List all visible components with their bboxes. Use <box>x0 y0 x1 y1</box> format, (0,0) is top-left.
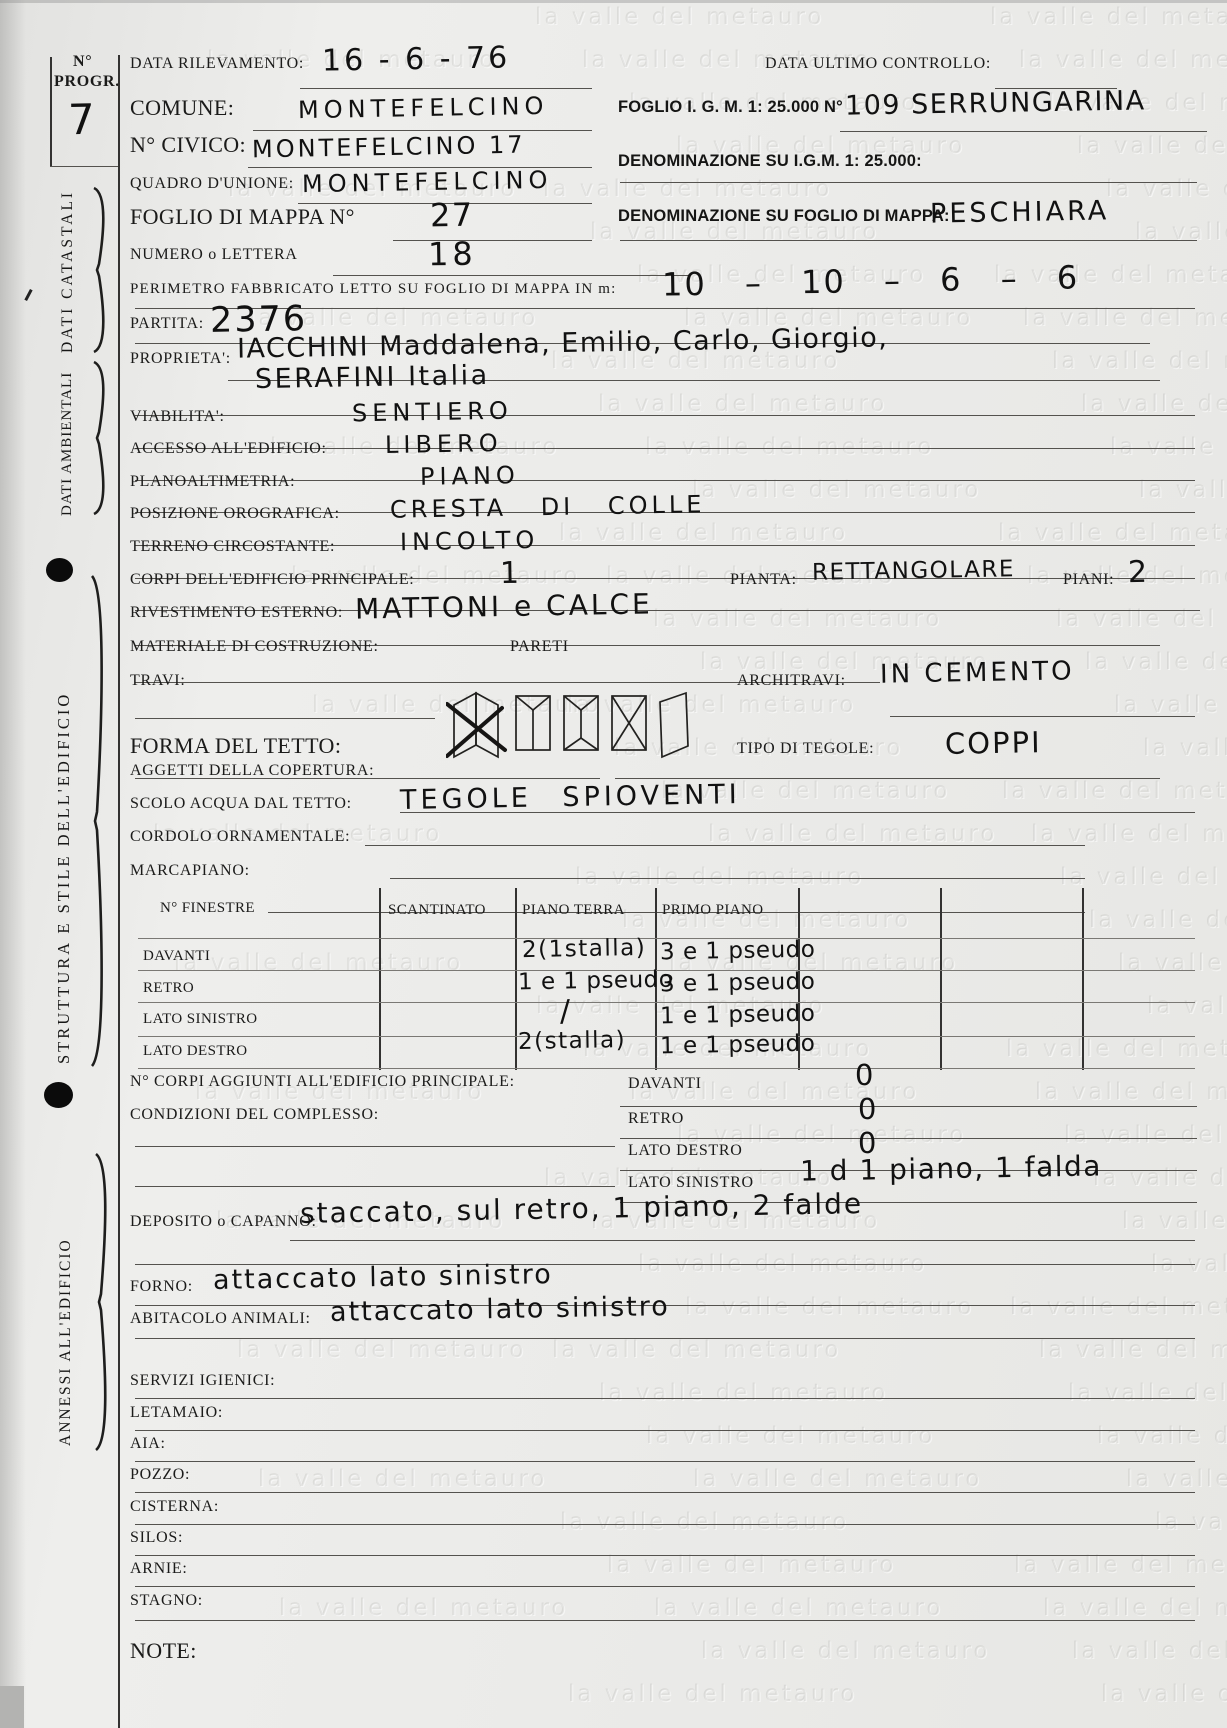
field-value-abitacolo: attaccato lato sinistro <box>330 1291 670 1328</box>
table-header-n-finestre: N° FINESTRE <box>160 900 255 917</box>
field-label-condizioni: CONDIZIONI DEL COMPLESSO: <box>130 1106 379 1124</box>
field-label-servizi: SERVIZI IGIENICI: <box>130 1372 275 1390</box>
watermark-text: la valle del metauro <box>1019 47 1227 73</box>
field-label-proprieta: PROPRIETA': <box>130 350 231 368</box>
field-rule <box>135 1186 615 1187</box>
table-cell-retro-piano-terra: 1 e 1 pseudo <box>518 967 674 996</box>
field-value-foglio-mappa: 27 <box>430 196 474 235</box>
field-rule <box>290 1240 1195 1241</box>
field-label-partita: PARTITA: <box>130 315 204 333</box>
punch-hole <box>44 1082 73 1108</box>
field-rule <box>620 182 1197 183</box>
watermark-text: la valle del metauro <box>1122 1208 1227 1234</box>
table-cell-retro-primo-piano: 3 e 1 pseudo <box>660 969 816 998</box>
field-value-accesso: LIBERO <box>385 429 503 459</box>
scan-corner-shadow <box>0 1686 24 1728</box>
roof-shape-options <box>446 688 690 768</box>
field-label-data-rilevamento: DATA RILEVAMENTO: <box>130 55 304 73</box>
field-value-ca-lato-sinistro: 1 d 1 piano, 1 falda <box>800 1149 1102 1187</box>
field-label-planoaltimetria: PLANOALTIMETRIA: <box>130 473 295 491</box>
table-row-label: LATO DESTRO <box>143 1043 248 1060</box>
field-value-forno: attaccato lato sinistro <box>213 1259 553 1296</box>
field-rule <box>135 1430 1195 1431</box>
field-label-corpi: CORPI DELL'EDIFICIO PRINCIPALE: <box>130 571 414 589</box>
field-label-accesso: ACCESSO ALL'EDIFICIO: <box>130 440 327 458</box>
brace-struttura <box>88 574 110 1068</box>
field-value-rivestimento: MATTONI e CALCE <box>355 587 653 625</box>
field-value-architravi: IN CEMENTO <box>880 656 1075 689</box>
watermark-text: la valle del metauro <box>990 4 1227 30</box>
watermark-text: la valle del metauro <box>552 1337 841 1363</box>
watermark-text: la valle del metauro <box>543 176 832 202</box>
field-rule <box>390 878 1085 879</box>
field-rule <box>135 1620 1195 1621</box>
watermark-text: la valle del metauro <box>1002 778 1227 804</box>
table-cell-lato-destro-primo-piano: 1 e 1 pseudo <box>660 1031 816 1060</box>
field-label-posizione: POSIZIONE OROGRAFICA: <box>130 505 340 523</box>
field-label-denominazione-mappa: DENOMINAZIONE SU FOGLIO DI MAPPA: <box>618 207 950 226</box>
field-value-numero-lettera: 18 <box>428 235 477 274</box>
field-rule <box>365 845 1085 846</box>
field-label-viabilita: VIABILITA': <box>130 408 225 426</box>
sidebar-section-dati-catastali: DATI CATASTALI <box>60 193 76 353</box>
table-header-primo-piano: PRIMO PIANO <box>662 902 764 919</box>
watermark-text: la valle del metauro <box>701 1638 990 1664</box>
field-label-stagno: STAGNO: <box>130 1592 203 1610</box>
watermark-text: la valle del metauro <box>1043 1595 1227 1621</box>
watermark-text: la valle del metauro <box>998 520 1227 546</box>
field-label-architravi: ARCHITRAVI: <box>737 672 846 690</box>
field-label-travi: TRAVI: <box>130 672 185 690</box>
field-label-cordolo: CORDOLO ORNAMENTALE: <box>130 828 350 846</box>
watermark-text: la valle del metauro <box>1097 1423 1227 1449</box>
field-value-corpi: 1 <box>500 556 521 591</box>
field-label-aggetti: AGGETTI DELLA COPERTURA: <box>130 762 374 780</box>
brace-dati-ambientali <box>90 360 112 516</box>
field-rule <box>253 130 592 131</box>
field-label-foglio-igm: FOGLIO I. G. M. 1: 25.000 N° <box>618 98 843 117</box>
watermark-text: la valle del metauro <box>1072 1638 1227 1664</box>
field-label-aia: AIA: <box>130 1435 166 1453</box>
watermark-text: la valle del metauro <box>1064 1122 1227 1148</box>
progr-label: N° <box>73 53 92 71</box>
field-rule <box>135 1524 1195 1525</box>
field-value-tipo-tegole: COPPI <box>945 725 1042 761</box>
hip-roof-icon <box>564 696 598 750</box>
field-label-denominazione-igm: DENOMINAZIONE SU I.G.M. 1: 25.000: <box>618 152 922 171</box>
watermark-text: la valle del metauro <box>560 1509 849 1535</box>
table-row-label: RETRO <box>143 980 194 997</box>
watermark-text: la valle del metauro <box>535 4 824 30</box>
watermark-text: la valle del metauro <box>654 1595 943 1621</box>
field-label-foglio-mappa: FOGLIO DI MAPPA N° <box>130 204 355 230</box>
table-cell-lato-destro-piano-terra: 2(stalla) <box>518 1027 626 1055</box>
field-rule <box>300 88 592 89</box>
field-label-perimetro: PERIMETRO FABBRICATO LETTO SU FOGLIO DI … <box>130 281 617 298</box>
brace-annessi <box>92 1152 114 1452</box>
field-value-posizione: CRESTA DI COLLE <box>390 490 706 524</box>
field-label-marcapiano: MARCAPIANO: <box>130 862 250 880</box>
watermark-text: la valle del metauro <box>1101 1681 1227 1707</box>
field-label-silos: SILOS: <box>130 1529 183 1547</box>
watermark-text: la valle del metauro <box>598 391 887 417</box>
watermark-text: la valle del metauro <box>1068 1380 1227 1406</box>
table-cell-davanti-primo-piano: 3 e 1 pseudo <box>660 937 816 966</box>
field-label-arnie: ARNIE: <box>130 1560 188 1578</box>
shed-roof-icon <box>660 693 688 757</box>
sidebar-section-struttura: STRUTTURA E STILE DELL'EDIFICIO <box>56 598 73 1064</box>
field-label-pianta: PIANTA: <box>730 571 797 589</box>
watermark-text: la valle del metauro <box>1126 1466 1227 1492</box>
field-label-cisterna: CISTERNA: <box>130 1498 219 1516</box>
half-hip-roof-icon <box>516 696 550 750</box>
field-value-viabilita: SENTIERO <box>352 397 513 428</box>
field-value-comune: MONTEFELCINO <box>298 92 549 124</box>
field-rule <box>620 240 1197 241</box>
watermark-text: la valle del metauro <box>599 1380 888 1406</box>
field-rule <box>333 275 690 276</box>
watermark-text: la valle del metauro <box>1085 649 1227 675</box>
field-label-materiale: MATERIALE DI COSTRUZIONE: <box>130 638 379 656</box>
field-value-foglio-igm: 109 SERRUNGARINA <box>845 85 1146 121</box>
table-cell-lato-sinistro-piano-terra: / <box>560 994 572 1029</box>
progr-value: 7 <box>68 95 97 144</box>
watermark-text: la valle del metauro <box>1031 821 1227 847</box>
field-value-pianta: RETTANGOLARE <box>812 556 1015 586</box>
table-column-line <box>940 888 942 1070</box>
watermark-text: la valle del metauro <box>1039 1337 1227 1363</box>
watermark-text: la valle del metauro <box>1089 907 1227 933</box>
watermark-text: la valle del metauro <box>559 520 848 546</box>
brace-dati-catastali <box>90 186 112 354</box>
field-label-numero-lettera: NUMERO o LETTERA <box>130 246 298 264</box>
field-rule <box>135 1338 1195 1339</box>
field-label-forno: FORNO: <box>130 1278 193 1296</box>
watermark-text: la valle del metauro <box>1035 1079 1227 1105</box>
field-label-ca-davanti: DAVANTI <box>628 1075 702 1093</box>
field-label-corpi-aggiunti: N° CORPI AGGIUNTI ALL'EDIFICIO PRINCIPAL… <box>130 1073 515 1091</box>
table-header-piano-terra: PIANO TERRA <box>522 902 625 919</box>
field-rule <box>135 1398 1195 1399</box>
field-rule <box>135 1461 1195 1462</box>
field-rule <box>135 1146 615 1147</box>
table-cell-lato-sinistro-primo-piano: 1 e 1 pseudo <box>660 1001 816 1030</box>
field-label-terreno: TERRENO CIRCOSTANTE: <box>130 538 335 556</box>
watermark-text: la valle del metauro <box>1006 1036 1227 1062</box>
progr-box-border <box>50 57 52 167</box>
field-label-piani: PIANI: <box>1063 571 1114 589</box>
field-label-ca-retro: RETRO <box>628 1110 684 1128</box>
progr-label: PROGR. <box>54 73 120 91</box>
watermark-text: la valle del metauro <box>685 1294 974 1320</box>
field-rule <box>135 1586 1195 1587</box>
field-rule <box>135 1555 1195 1556</box>
field-value-perimetro: 10 – 10 – 6 – 6 <box>662 258 1080 303</box>
watermark-text: la valle del metauro <box>1081 391 1227 417</box>
field-rule <box>135 718 435 719</box>
field-label-ca-lato-destro: LATO DESTRO <box>628 1142 743 1160</box>
field-label-data-ultimo-controllo: DATA ULTIMO CONTROLLO: <box>765 55 991 73</box>
field-value-scolo: TEGOLE SPIOVENTI <box>400 779 741 816</box>
field-value-piani: 2 <box>1128 555 1149 590</box>
sidebar-section-annessi: ANNESSI ALL'EDIFICIO <box>58 1158 74 1446</box>
watermark-text: la valle del metauro <box>279 1595 568 1621</box>
watermark-text: la valle del metauro <box>1118 950 1227 976</box>
field-label-pozzo: POZZO: <box>130 1466 190 1484</box>
watermark-text: la valle del metauro <box>693 1466 982 1492</box>
field-label-tipo-tegole: TIPO DI TEGOLE: <box>737 740 874 758</box>
watermark-text: la valle del metauro <box>1052 348 1227 374</box>
field-value-materiale: PARETI <box>510 638 569 656</box>
field-rule <box>135 1492 1195 1493</box>
table-column-line <box>515 888 517 1070</box>
field-label-quadro-unione: QUADRO D'UNIONE: <box>130 175 294 193</box>
scan-top-edge <box>0 0 1227 3</box>
watermark-text: la valle del metauro <box>1010 1294 1227 1320</box>
sidebar-section-dati-ambientali: DATI AMBIENTALI <box>60 366 75 516</box>
watermark-text: la valle del metauro <box>1143 735 1227 761</box>
punch-hole <box>46 558 73 582</box>
scan-left-edge <box>0 0 26 1728</box>
watermark-text: la valle del metauro <box>646 1423 935 1449</box>
table-row-label: LATO SINISTRO <box>143 1011 258 1028</box>
field-value-proprieta-line2: SERAFINI Italia <box>255 360 490 395</box>
watermark-text: la valle del metauro <box>1147 993 1227 1019</box>
field-rule <box>890 716 1195 717</box>
field-value-data-rilevamento: 16 - 6 - 76 <box>322 40 511 78</box>
field-value-terreno: INCOLTO <box>400 526 540 556</box>
field-label-forma-tetto: FORMA DEL TETTO: <box>130 733 341 759</box>
field-label-abitacolo: ABITACOLO ANIMALI: <box>130 1310 311 1328</box>
watermark-text: la valle del metauro <box>1106 176 1227 202</box>
watermark-text: la valle del metauro <box>1077 133 1227 159</box>
field-label-comune: COMUNE: <box>130 95 234 121</box>
watermark-text: la valle del metauro <box>568 1681 857 1707</box>
field-value-ca-retro: 0 <box>858 1092 879 1126</box>
field-label-n-civico: N° CIVICO: <box>130 132 246 158</box>
watermark-text: la valle del metauro <box>645 434 934 460</box>
field-value-denominazione-mappa: PESCHIARA <box>930 195 1110 229</box>
watermark-text: la valle del metauro <box>258 1466 547 1492</box>
table-cell-davanti-piano-terra: 2(1stalla) <box>522 935 647 963</box>
watermark-text: la valle del metauro <box>1110 434 1227 460</box>
field-value-quadro-unione: MONTEFELCINO <box>302 166 553 198</box>
field-rule <box>620 1106 1197 1107</box>
watermark-text: la valle del metauro <box>237 1337 526 1363</box>
field-value-planoaltimetria: PIANO <box>420 461 520 491</box>
watermark-text: la valle del metauro <box>1155 1509 1227 1535</box>
field-label-letamaio: LETAMAIO: <box>130 1404 223 1422</box>
table-row-label: DAVANTI <box>143 948 210 965</box>
field-label-note: NOTE: <box>130 1638 197 1664</box>
scanned-survey-form: la valle del metaurola valle del metauro… <box>0 0 1227 1728</box>
table-column-line <box>1082 888 1084 1070</box>
table-row-line <box>138 1068 1195 1069</box>
field-value-ca-davanti: 0 <box>855 1058 876 1092</box>
table-column-line <box>379 888 381 1070</box>
watermark-text: la valle del metauro <box>575 864 864 890</box>
field-label-scolo: SCOLO ACQUA DAL TETTO: <box>130 795 352 813</box>
watermark-text: la valle del metauro <box>174 950 463 976</box>
field-label-rivestimento: RIVESTIMENTO ESTERNO: <box>130 604 343 622</box>
pavilion-roof-icon <box>612 696 646 750</box>
watermark-text: la valle del metauro <box>1093 1165 1227 1191</box>
watermark-text: la valle del metauro <box>708 821 997 847</box>
field-rule <box>135 415 1195 416</box>
field-label-deposito: DEPOSITO o CAPANNO: <box>130 1213 317 1231</box>
field-value-n-civico: MONTEFELCINO 17 <box>252 131 526 164</box>
watermark-text: la valle del metauro <box>1060 864 1227 890</box>
field-rule <box>620 1138 1197 1139</box>
watermark-text: la valle del metauro <box>1114 692 1227 718</box>
form-margin-rule <box>118 55 120 1728</box>
progr-box-border <box>50 166 118 167</box>
table-header-scantinato: SCANTINATO <box>388 902 486 919</box>
field-rule <box>393 240 592 241</box>
field-rule <box>840 131 1207 132</box>
